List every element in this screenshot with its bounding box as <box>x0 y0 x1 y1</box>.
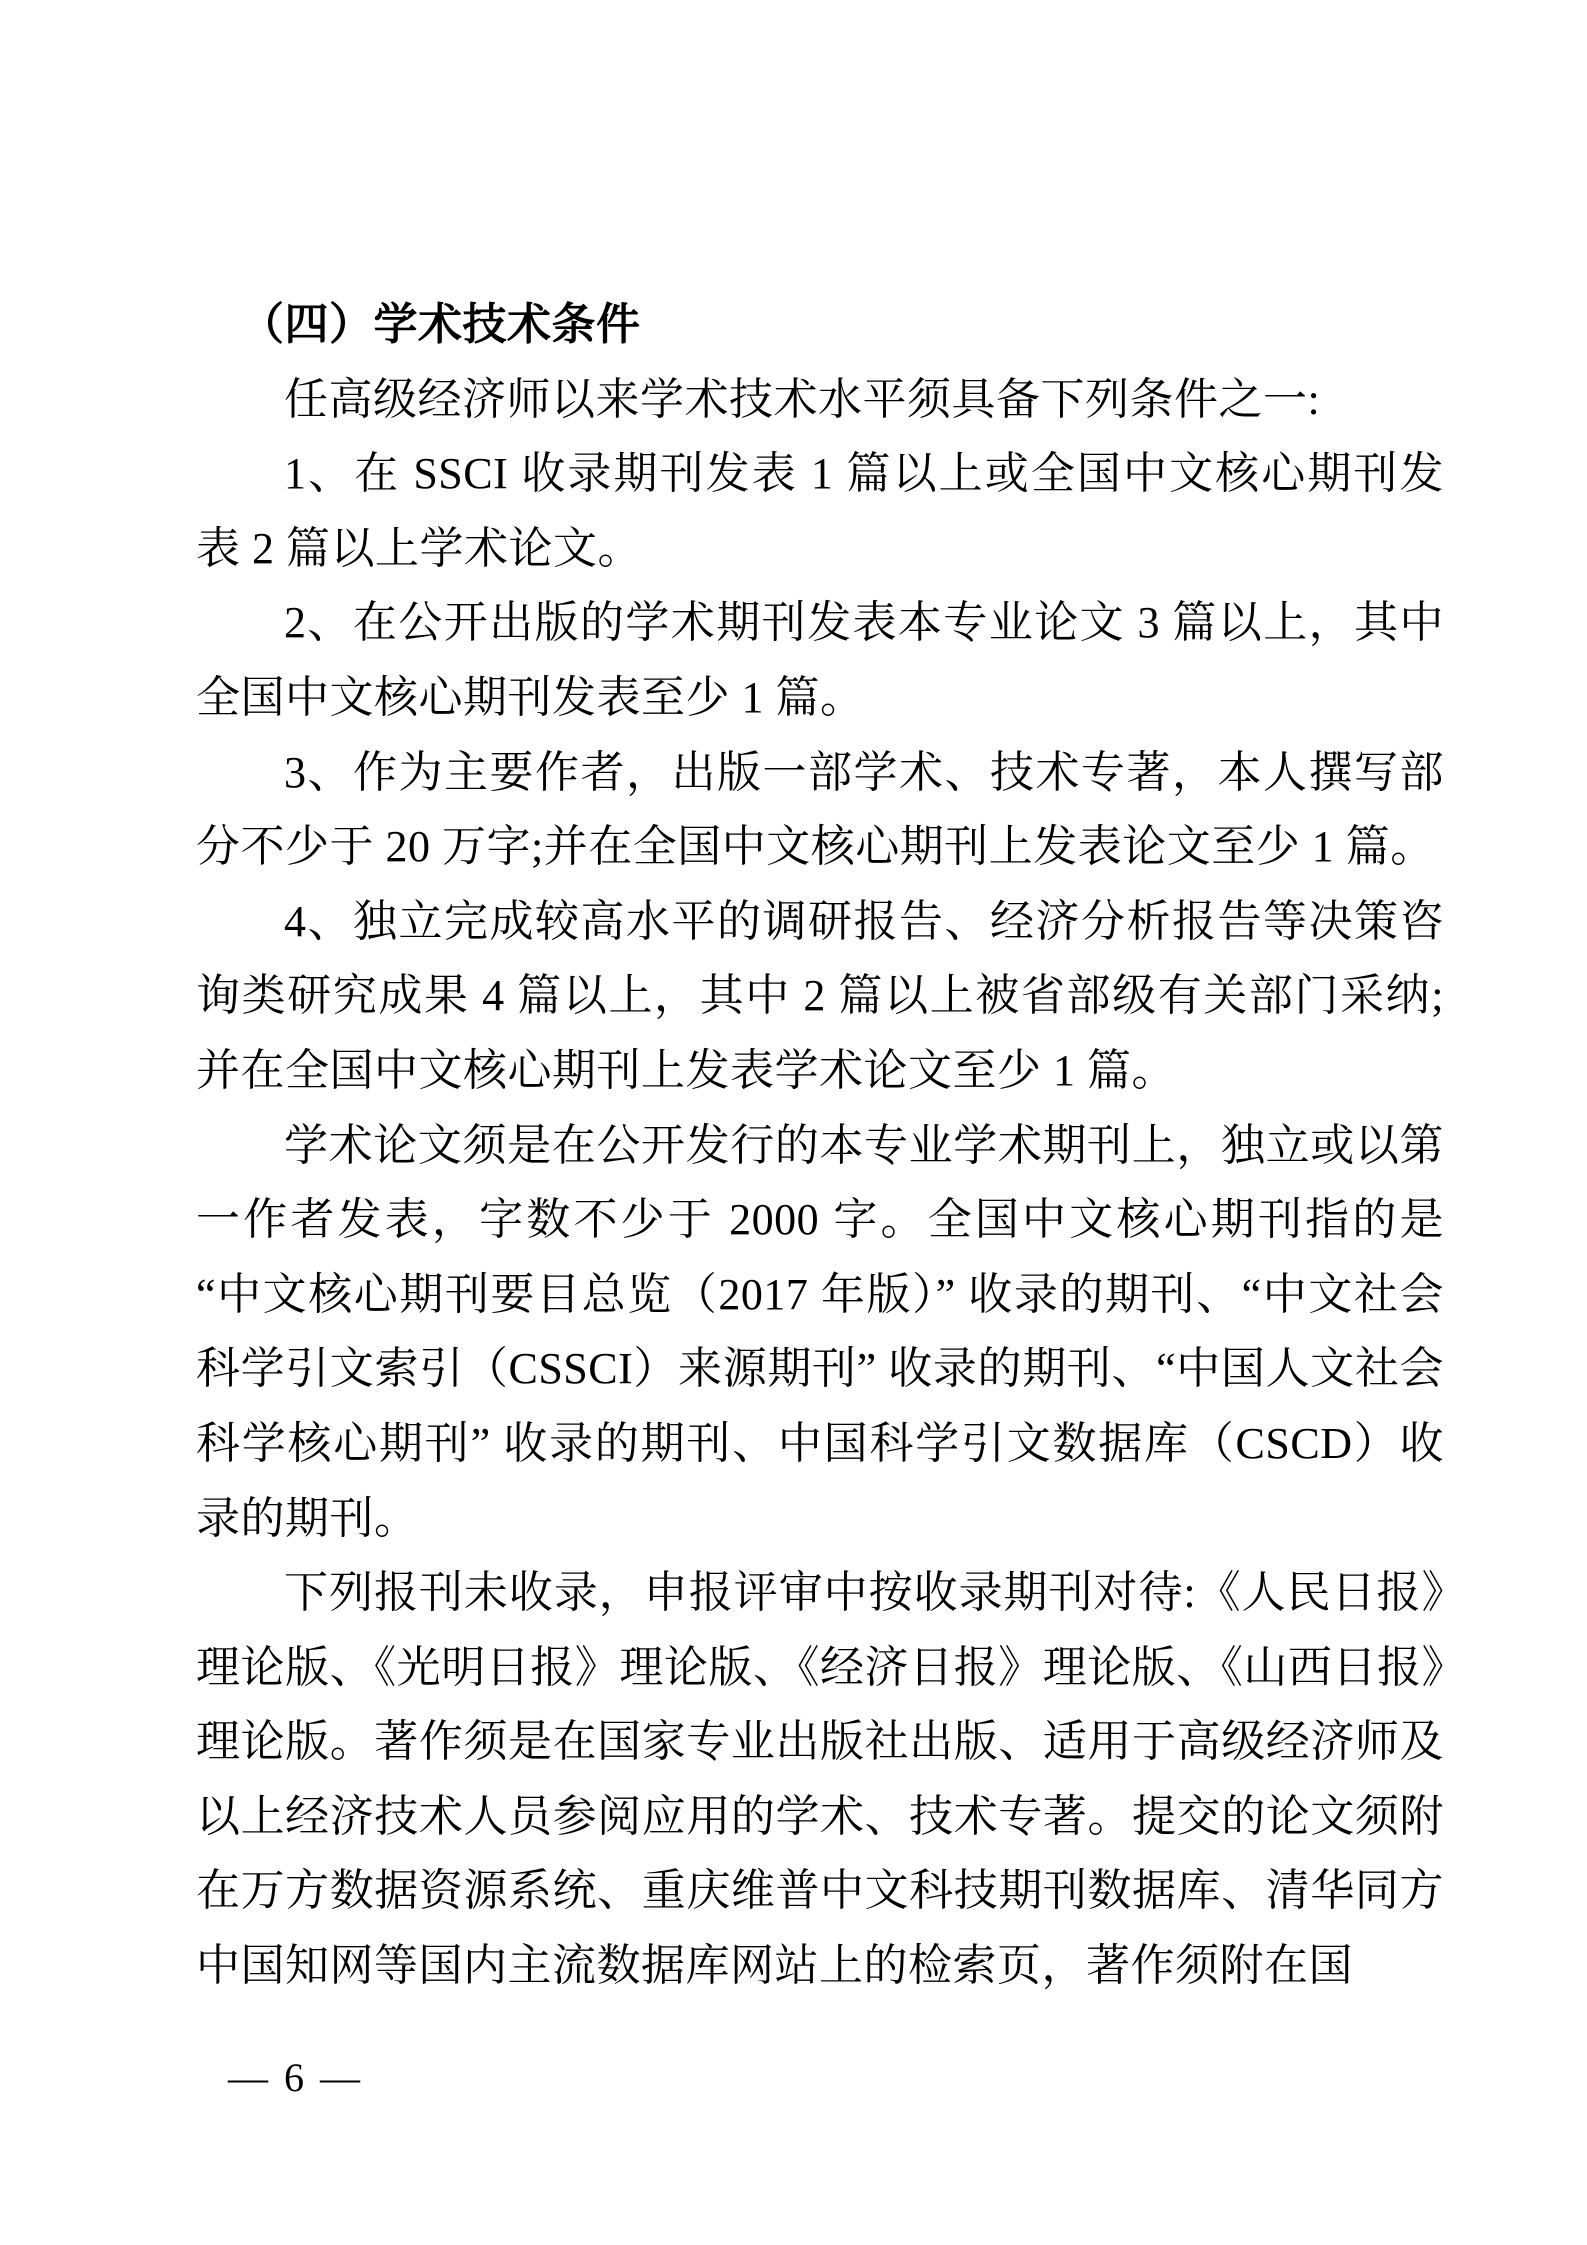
document-body: （四）学术技术条件 任高级经济师以来学术技术水平须具备下列条件之一: 1、在 S… <box>196 288 1444 2004</box>
paragraph-journal-definition: 学术论文须是在公开发行的本专业学术期刊上，独立或以第一作者发表，字数不少于 20… <box>196 1109 1444 1557</box>
paragraph-intro: 任高级经济师以来学术技术水平须具备下列条件之一: <box>196 363 1444 438</box>
document-page: （四）学术技术条件 任高级经济师以来学术技术水平须具备下列条件之一: 1、在 S… <box>0 0 1587 2245</box>
section-heading: （四）学术技术条件 <box>196 288 1444 363</box>
paragraph-newspaper-note: 下列报刊未收录，申报评审中按收录期刊对待:《人民日报》理论版、《光明日报》理论版… <box>196 1556 1444 2004</box>
paragraph-item-2: 2、在公开出版的学术期刊发表本专业论文 3 篇以上，其中全国中文核心期刊发表至少… <box>196 586 1444 735</box>
paragraph-item-3: 3、作为主要作者，出版一部学术、技术专著，本人撰写部分不少于 20 万字;并在全… <box>196 736 1444 885</box>
paragraph-item-4: 4、独立完成较高水平的调研报告、经济分析报告等决策咨询类研究成果 4 篇以上，其… <box>196 885 1444 1109</box>
paragraph-item-1: 1、在 SSCI 收录期刊发表 1 篇以上或全国中文核心期刊发表 2 篇以上学术… <box>196 437 1444 586</box>
page-number: — 6 — <box>228 2056 363 2100</box>
